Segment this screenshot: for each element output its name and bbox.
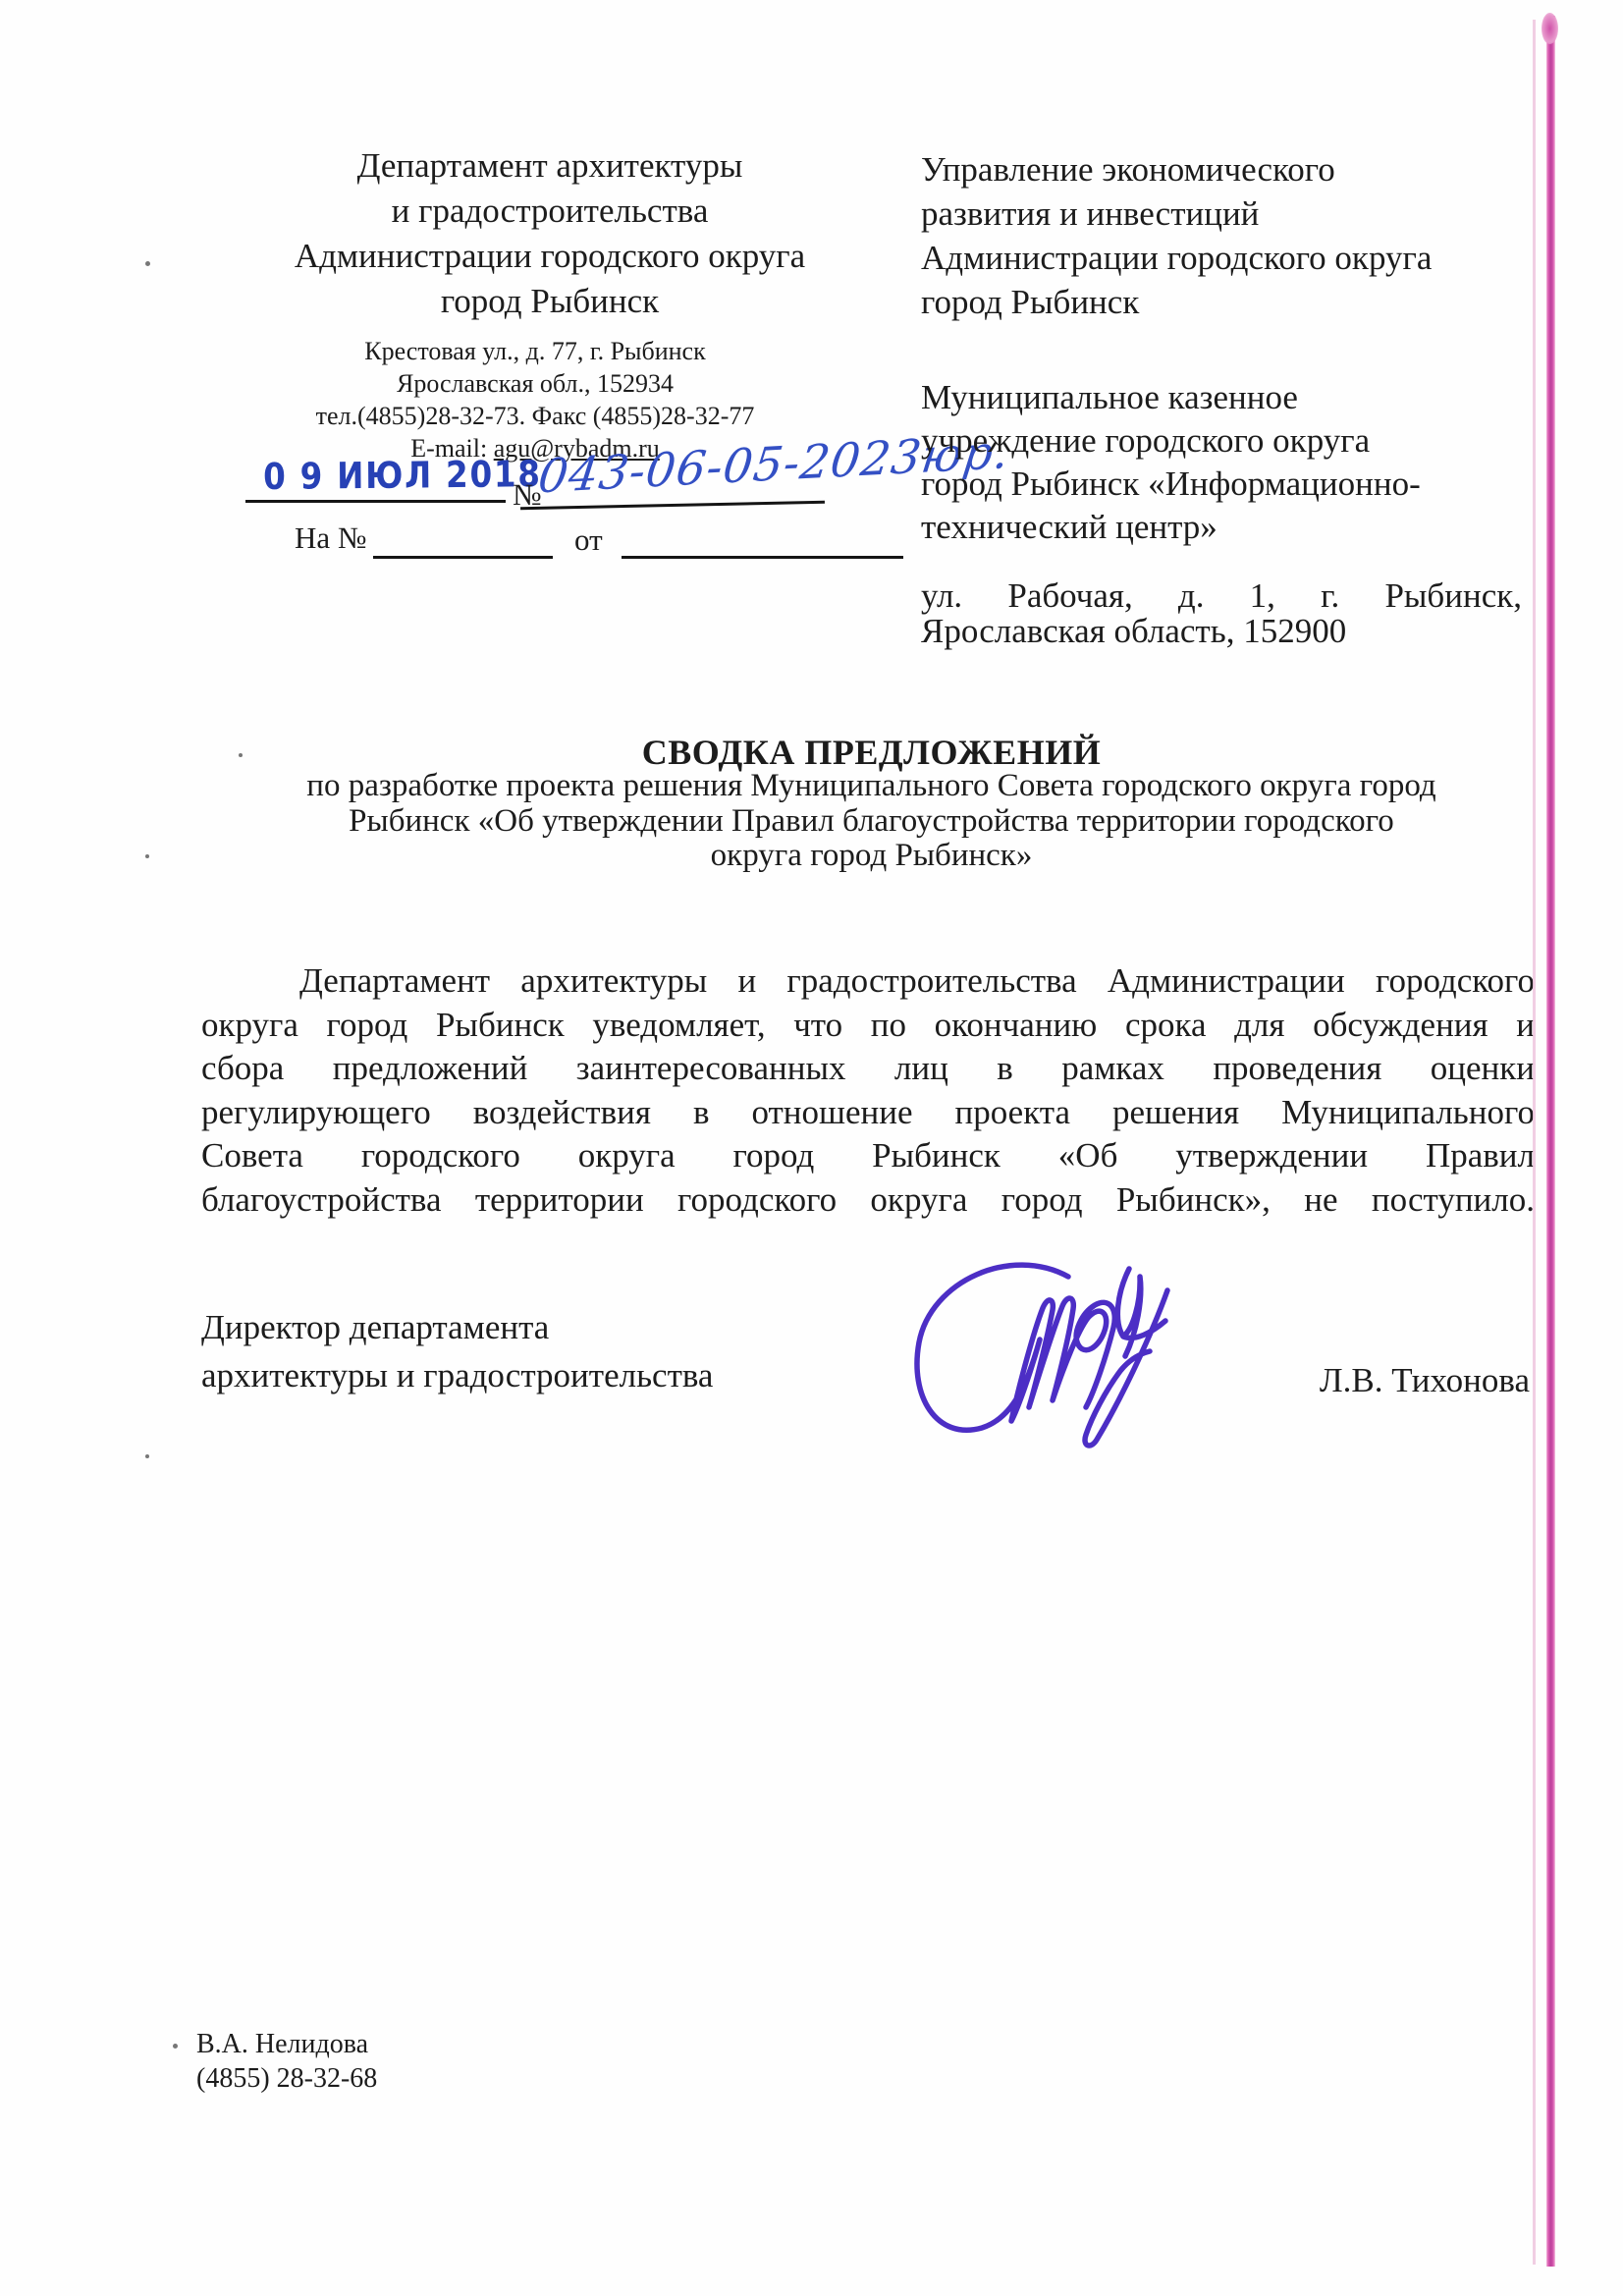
scan-artifact-line-faint — [1533, 20, 1536, 2265]
body-paragraph: Департамент архитектуры и градостроитель… — [201, 961, 1535, 1224]
recipient1-line: Администрации городского округа — [921, 236, 1532, 280]
scan-speck — [239, 753, 243, 757]
reply-date-blank-line — [622, 556, 903, 559]
scan-speck — [173, 2044, 178, 2049]
sender-org-line: Администрации городского округа — [226, 234, 874, 279]
reply-date-label: от — [574, 522, 603, 558]
signer-name: Л.В. Тихонова — [1178, 1361, 1530, 1400]
signer-position-line: Директор департамента — [201, 1303, 889, 1351]
document-title: СВОДКА ПРЕДЛОЖЕНИЙ — [196, 732, 1546, 773]
recipient2-line: Муниципальное казенное — [921, 376, 1532, 419]
subtitle-line: Рыбинск «Об утверждении Правил благоустр… — [201, 804, 1542, 840]
recipient2-line: технический центр» — [921, 506, 1532, 549]
reply-number-blank-line — [373, 556, 553, 559]
signer-position-line: архитектуры и градостроительства — [201, 1351, 889, 1399]
scan-artifact-blob — [1542, 13, 1558, 44]
subtitle-line: округа город Рыбинск» — [201, 839, 1542, 874]
executor-block: В.А. Нелидова (4855) 28-32-68 — [196, 2027, 377, 2096]
recipient-block-2: Муниципальное казенное учреждение городс… — [921, 376, 1532, 549]
recipient-block-1: Управление экономического развития и инв… — [921, 147, 1532, 324]
recipient1-line: развития и инвестиций — [921, 191, 1532, 236]
recipient1-line: Управление экономического — [921, 147, 1532, 191]
handwritten-signature — [872, 1237, 1188, 1477]
body-line: регулирующего воздействия в отношение пр… — [201, 1093, 1535, 1137]
signer-position-block: Директор департамента архитектуры и град… — [201, 1303, 889, 1399]
body-line: сбора предложений заинтересованных лиц в… — [201, 1049, 1535, 1093]
sender-org-line: Департамент архитектуры — [226, 143, 874, 189]
sender-org-line: город Рыбинск — [226, 279, 874, 324]
reply-to-label: На № — [295, 520, 366, 556]
subtitle-line: по разработке проекта решения Муниципаль… — [201, 769, 1542, 804]
scan-speck — [145, 1454, 149, 1458]
document-subtitle: по разработке проекта решения Муниципаль… — [201, 769, 1542, 874]
scan-artifact-line-strong — [1546, 16, 1555, 2267]
recipient-address-line: ул. Рабочая, д. 1, г. Рыбинск, — [921, 578, 1522, 614]
body-line: Департамент архитектуры и градостроитель… — [201, 961, 1535, 1006]
recipient1-line: город Рыбинск — [921, 280, 1532, 324]
sender-org-line: и градостроительства — [226, 189, 874, 234]
sender-region: Ярославская обл., 152934 — [241, 367, 830, 400]
body-line: благоустройства территории городского ок… — [201, 1180, 1535, 1225]
recipient-address-line: Ярославская область, 152900 — [921, 614, 1522, 649]
scan-speck — [145, 261, 150, 266]
recipient2-line: город Рыбинск «Информационно- — [921, 463, 1532, 506]
recipient-address-block: ул. Рабочая, д. 1, г. Рыбинск, Ярославск… — [921, 578, 1522, 649]
sender-org-block: Департамент архитектуры и градостроитель… — [226, 143, 874, 324]
scanned-letter-page: Департамент архитектуры и градостроитель… — [0, 0, 1623, 2296]
executor-phone: (4855) 28-32-68 — [196, 2061, 377, 2096]
sender-street: Крестовая ул., д. 77, г. Рыбинск — [241, 335, 830, 367]
executor-name: В.А. Нелидова — [196, 2027, 377, 2061]
body-line: округа город Рыбинск уведомляет, что по … — [201, 1006, 1535, 1050]
date-blank-line — [245, 500, 506, 503]
sender-phone-fax: тел.(4855)28-32-73. Факс (4855)28-32-77 — [241, 400, 830, 432]
recipient2-line: учреждение городского округа — [921, 419, 1532, 463]
incoming-date-stamp: 0 9 ИЮЛ 2018 — [263, 453, 542, 498]
scan-speck — [145, 854, 149, 858]
body-line: Совета городского округа город Рыбинск «… — [201, 1136, 1535, 1180]
